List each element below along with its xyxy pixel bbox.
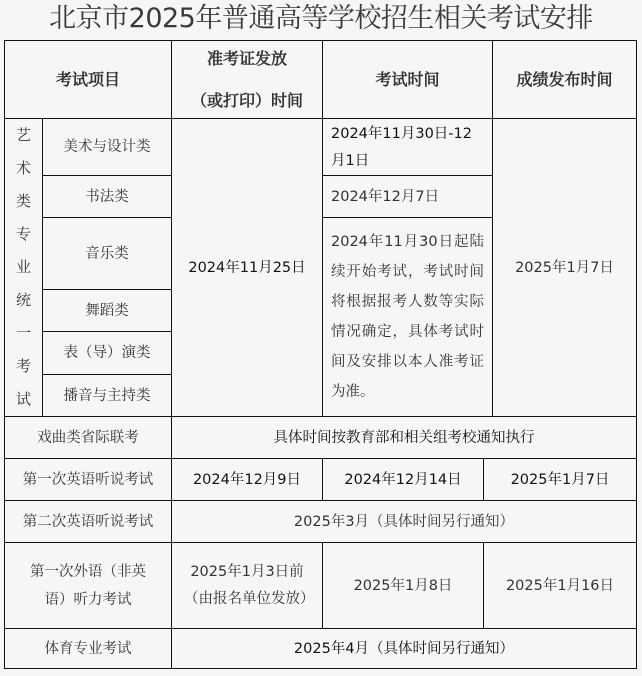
row-item-label: 戏曲类省际联考 <box>37 424 139 452</box>
header-exam-item: 考试项目 <box>4 40 172 119</box>
row-item-label: 第二次英语听说考试 <box>23 508 154 536</box>
art-subject-cell: 音乐类 <box>42 217 172 290</box>
row-item-label: 第一次外语（非英语）听力考试 <box>23 558 153 614</box>
art-label-char: 业 <box>16 251 31 284</box>
row-admission-cell: 2024年12月9日 <box>171 458 323 501</box>
result-time-value: 2025年1月7日 <box>511 466 610 494</box>
art-subject-cell: 表（导）演类 <box>42 331 172 375</box>
art-label-char: 术 <box>16 152 31 185</box>
art-subject-cell: 书法类 <box>42 175 172 218</box>
art-exam-time-cell: 2024年12月7日 <box>322 175 493 218</box>
art-subject-cell: 播音与主持类 <box>42 374 172 417</box>
row-item-label: 体育专业考试 <box>45 635 132 663</box>
exam-time-value: 2024年11月30日起陆续开始考试，考试时间将根据报考人数等实际情况确定，具体… <box>331 227 484 407</box>
art-subject-name: 播音与主持类 <box>64 382 151 410</box>
art-subject-cell: 舞蹈类 <box>42 289 172 332</box>
art-result-time: 2025年1月7日 <box>492 118 637 417</box>
exam-time-value: 2024年12月14日 <box>344 466 461 494</box>
exam-time-value: 2024年12月7日 <box>331 183 439 211</box>
row-merged-cell: 2025年3月（具体时间另行通知） <box>171 500 637 543</box>
row-item-cell: 第二次英语听说考试 <box>4 500 172 543</box>
page-title: 北京市2025年普通高等学校招生相关考试安排 <box>0 0 642 38</box>
art-subject-name: 舞蹈类 <box>85 297 129 325</box>
row-merged-cell: 具体时间按教育部和相关组考校通知执行 <box>171 416 637 459</box>
art-subject-cell: 美术与设计类 <box>42 118 172 176</box>
art-label-char: 一 <box>16 317 31 350</box>
header-result-time: 成绩发布时间 <box>492 40 637 119</box>
row-merged-value: 2025年3月（具体时间另行通知） <box>294 508 514 536</box>
header-exam-time: 考试时间 <box>322 40 493 119</box>
row-merged-value: 2025年4月（具体时间另行通知） <box>294 635 514 663</box>
row-exam-time-cell: 2025年1月8日 <box>322 542 484 629</box>
result-time-value: 2025年1月16日 <box>506 572 614 600</box>
row-item-cell: 体育专业考试 <box>4 628 172 669</box>
art-subject-name: 表（导）演类 <box>64 339 151 367</box>
art-exam-time-cell: 2024年11月30日起陆续开始考试，考试时间将根据报考人数等实际情况确定，具体… <box>322 217 493 417</box>
row-exam-time-cell: 2024年12月14日 <box>322 458 484 501</box>
exam-time-value: 2025年1月8日 <box>354 572 453 600</box>
row-item-cell: 第一次英语听说考试 <box>4 458 172 501</box>
art-exam-time-cell: 2024年11月30日-12月1日 <box>322 118 493 176</box>
header-label: 考试项目 <box>56 66 120 94</box>
header-label: 成绩发布时间 <box>516 66 612 94</box>
row-result-time-cell: 2025年1月7日 <box>483 458 637 501</box>
exam-time-value: 2024年11月30日-12月1日 <box>331 121 484 175</box>
result-time-value: 2025年1月7日 <box>515 254 614 282</box>
row-admission-cell: 2025年1月3日前（由报名单位发放） <box>171 542 323 629</box>
art-label-char: 专 <box>16 218 31 251</box>
art-group-label: 艺 术 类 专 业 统 一 考 试 <box>4 118 43 417</box>
admission-time-value: 2024年12月9日 <box>193 466 301 494</box>
art-label-char: 类 <box>16 185 31 218</box>
art-subject-name: 书法类 <box>85 183 129 211</box>
art-label-char: 统 <box>16 284 31 317</box>
admission-time-value: 2024年11月25日 <box>188 254 305 282</box>
header-label-line1: 准考证发放 <box>207 38 287 80</box>
row-merged-value: 具体时间按教育部和相关组考校通知执行 <box>274 424 535 452</box>
row-item-cell: 戏曲类省际联考 <box>4 416 172 459</box>
row-item-cell: 第一次外语（非英语）听力考试 <box>4 542 172 629</box>
admission-time-value: 2025年1月3日前（由报名单位发放） <box>184 559 310 613</box>
art-subject-name: 美术与设计类 <box>64 133 151 161</box>
header-label: 考试时间 <box>375 66 439 94</box>
row-merged-cell: 2025年4月（具体时间另行通知） <box>171 628 637 669</box>
art-label-char: 试 <box>16 383 31 416</box>
art-subject-name: 音乐类 <box>85 240 129 268</box>
row-result-time-cell: 2025年1月16日 <box>483 542 637 629</box>
header-label-line2: （或打印）时间 <box>191 80 303 122</box>
row-item-label: 第一次英语听说考试 <box>23 466 154 494</box>
art-label-char: 艺 <box>16 119 31 152</box>
art-label-char: 考 <box>16 350 31 383</box>
header-admission-time: 准考证发放 （或打印）时间 <box>171 40 323 119</box>
art-admission-time: 2024年11月25日 <box>171 118 323 417</box>
